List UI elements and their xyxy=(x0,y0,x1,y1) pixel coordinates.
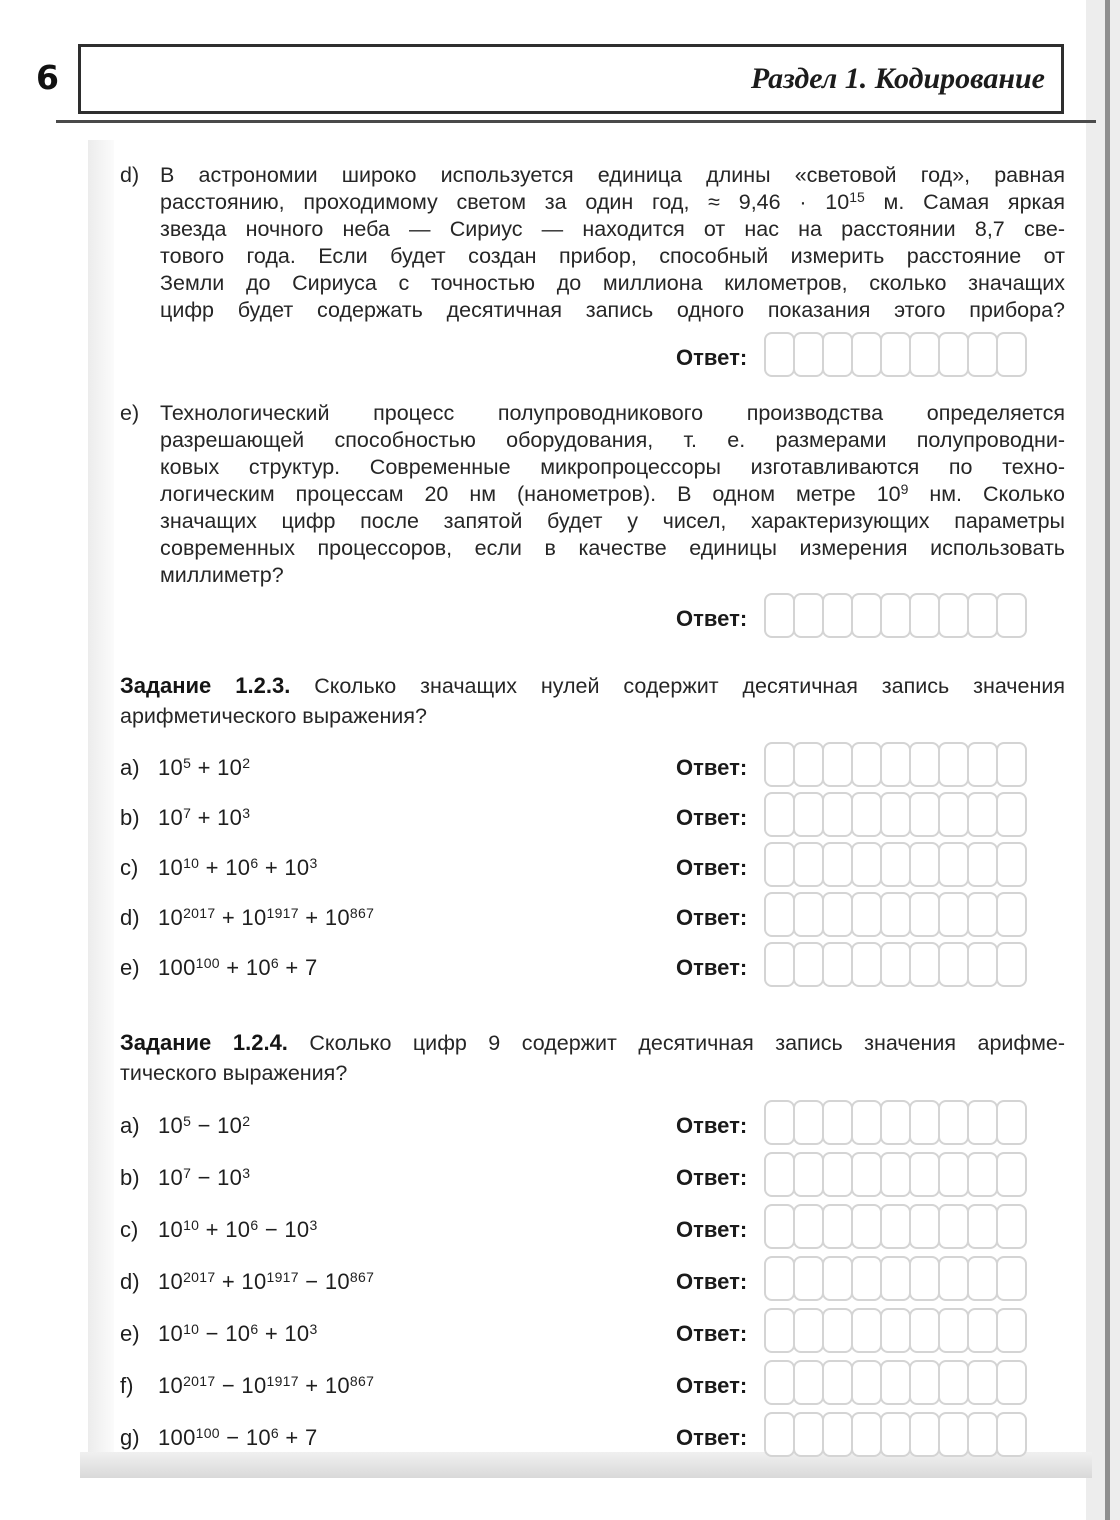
answer-cell xyxy=(996,842,1027,887)
answer-cell xyxy=(967,842,998,887)
answer-cell xyxy=(764,1308,795,1353)
item-expression: 1010 + 106 − 103 xyxy=(158,1217,676,1243)
answer-cell xyxy=(764,1256,795,1301)
item-expression: 100100 + 106 + 7 xyxy=(158,955,676,981)
answer-cells xyxy=(764,942,1025,987)
answer-cell xyxy=(851,1100,882,1145)
item-label: f) xyxy=(120,1373,158,1399)
answer-cell xyxy=(851,1152,882,1197)
answer-label: Ответ: xyxy=(676,606,764,632)
answer-cell xyxy=(764,742,795,787)
problem-d: d) В астрономии широко используется един… xyxy=(120,162,1065,324)
answer-cells xyxy=(764,842,1025,887)
answer-cell xyxy=(851,792,882,837)
answer-cell xyxy=(880,1100,911,1145)
answer-cell xyxy=(938,842,969,887)
answer-cell xyxy=(822,1100,853,1145)
answer-cell xyxy=(880,1256,911,1301)
answer-cell xyxy=(967,742,998,787)
answer-cell xyxy=(909,942,940,987)
item-label: a) xyxy=(120,1113,158,1139)
answer-cell xyxy=(996,942,1027,987)
answer-cell xyxy=(793,942,824,987)
answer-label: Ответ: xyxy=(676,755,764,781)
text-line: расстоянию, проходимому светом за один г… xyxy=(160,189,1065,216)
answer-cell xyxy=(793,1152,824,1197)
scanned-page: 6 Раздел 1. Кодирование d) В астрономии … xyxy=(0,0,1120,1520)
answer-cell xyxy=(822,892,853,937)
answer-cell xyxy=(909,892,940,937)
answer-cell xyxy=(967,892,998,937)
answer-cell xyxy=(967,332,998,377)
answer-cell xyxy=(793,1360,824,1405)
answer-cell xyxy=(822,1256,853,1301)
item-label: b) xyxy=(120,1165,158,1191)
answer-cell xyxy=(938,593,969,638)
answer-cell xyxy=(822,1152,853,1197)
task-item-f: f) 102017 − 101917 + 10867 Ответ: xyxy=(120,1360,1065,1412)
answer-cell xyxy=(764,1204,795,1249)
answer-cell xyxy=(996,1308,1027,1353)
task-124-question: Сколько цифр 9 содержит десятичная запис… xyxy=(309,1031,1065,1055)
answer-cell xyxy=(967,1152,998,1197)
answer-cell xyxy=(764,1100,795,1145)
answer-cell xyxy=(996,1100,1027,1145)
answer-cell xyxy=(851,1256,882,1301)
answer-cell xyxy=(880,1308,911,1353)
answer-cell xyxy=(822,593,853,638)
answer-cell xyxy=(764,1152,795,1197)
answer-cell xyxy=(967,1204,998,1249)
item-expression: 107 + 103 xyxy=(158,805,676,831)
answer-label: Ответ: xyxy=(676,955,764,981)
item-label: g) xyxy=(120,1425,158,1451)
task-item-e: e) 100100 + 106 + 7 Ответ: xyxy=(120,943,1065,993)
item-expression: 107 − 103 xyxy=(158,1165,676,1191)
problem-e: e) Технологический процесс полупроводник… xyxy=(120,400,1065,589)
answer-row-problem-e: Ответ: xyxy=(676,593,1065,645)
answer-cell xyxy=(909,1308,940,1353)
task-124-items: a) 105 − 102 Ответ: b) 107 − 103 Ответ: … xyxy=(120,1100,1065,1464)
answer-cell xyxy=(938,332,969,377)
text-line: Технологический процесс полупроводниково… xyxy=(160,400,1065,427)
answer-cell xyxy=(793,1308,824,1353)
answer-cell xyxy=(880,332,911,377)
answer-cell xyxy=(967,1256,998,1301)
task-124-title: Задание 1.2.4. xyxy=(120,1030,288,1055)
answer-cell xyxy=(880,1360,911,1405)
answer-cell xyxy=(880,792,911,837)
answer-cell xyxy=(880,742,911,787)
section-header: Раздел 1. Кодирование xyxy=(751,47,1045,111)
answer-label: Ответ: xyxy=(676,1321,764,1347)
answer-cell xyxy=(996,593,1027,638)
answer-cell xyxy=(764,792,795,837)
scan-shadow-left xyxy=(88,140,114,1456)
answer-cell xyxy=(967,942,998,987)
answer-cell xyxy=(793,332,824,377)
answer-cell xyxy=(764,892,795,937)
answer-cell xyxy=(793,1204,824,1249)
page-edge-line xyxy=(1105,0,1110,1520)
page-content: d) В астрономии широко используется един… xyxy=(120,162,1065,1464)
task-124-question-line1: Задание 1.2.4. Сколько цифр 9 содержит д… xyxy=(120,1028,1065,1058)
text-line: тового года. Если будет создан прибор, с… xyxy=(160,243,1065,270)
answer-label: Ответ: xyxy=(676,1373,764,1399)
answer-cell xyxy=(938,742,969,787)
item-expression: 102017 + 101917 − 10867 xyxy=(158,1269,676,1295)
answer-cell xyxy=(822,942,853,987)
task-item-b: b) 107 − 103 Ответ: xyxy=(120,1152,1065,1204)
answer-cell xyxy=(793,742,824,787)
task-item-d: d) 102017 + 101917 + 10867 Ответ: xyxy=(120,893,1065,943)
answer-cell xyxy=(909,1100,940,1145)
answer-cell xyxy=(880,842,911,887)
answer-cell xyxy=(851,1204,882,1249)
answer-cell xyxy=(967,792,998,837)
answer-cell xyxy=(967,1360,998,1405)
answer-cell xyxy=(938,892,969,937)
answer-cells xyxy=(764,1256,1025,1301)
answer-cell xyxy=(793,1412,824,1457)
answer-cells xyxy=(764,1204,1025,1249)
answer-cell xyxy=(764,1412,795,1457)
answer-label: Ответ: xyxy=(676,855,764,881)
problem-e-label: e) xyxy=(120,400,139,427)
item-label: b) xyxy=(120,805,158,831)
answer-cell xyxy=(822,792,853,837)
answer-cells xyxy=(764,1308,1025,1353)
answer-cell xyxy=(880,1204,911,1249)
answer-row-problem-d: Ответ: xyxy=(676,332,1065,384)
answer-cell xyxy=(909,1204,940,1249)
text-line: логическим процессам 20 нм (нанометров).… xyxy=(160,481,1065,508)
answer-cell xyxy=(764,332,795,377)
item-label: a) xyxy=(120,755,158,781)
answer-cell xyxy=(938,1152,969,1197)
text-line: Земли до Сириуса с точностью до миллиона… xyxy=(160,270,1065,297)
answer-cells xyxy=(764,1360,1025,1405)
task-item-c: c) 1010 + 106 − 103 Ответ: xyxy=(120,1204,1065,1256)
answer-cell xyxy=(764,942,795,987)
text-line: звезда ночного неба — Сириус — находится… xyxy=(160,216,1065,243)
problem-d-label: d) xyxy=(120,162,139,189)
task-item-b: b) 107 + 103 Ответ: xyxy=(120,793,1065,843)
task-123-question-line2: арифметического выражения? xyxy=(120,701,1065,731)
header-box: Раздел 1. Кодирование xyxy=(78,44,1064,114)
answer-cell xyxy=(909,1152,940,1197)
answer-cell xyxy=(967,593,998,638)
item-label: c) xyxy=(120,855,158,881)
task-item-c: c) 1010 + 106 + 103 Ответ: xyxy=(120,843,1065,893)
answer-cell xyxy=(880,593,911,638)
answer-label: Ответ: xyxy=(676,345,764,371)
answer-cell xyxy=(967,1100,998,1145)
answer-cell xyxy=(793,892,824,937)
answer-cell xyxy=(909,1412,940,1457)
answer-cell xyxy=(880,1152,911,1197)
answer-cell xyxy=(996,892,1027,937)
answer-cell xyxy=(851,1412,882,1457)
task-item-a: a) 105 − 102 Ответ: xyxy=(120,1100,1065,1152)
answer-cells xyxy=(764,892,1025,937)
answer-cell xyxy=(938,1412,969,1457)
scan-shadow-right xyxy=(1086,0,1120,1520)
item-expression: 1010 − 106 + 103 xyxy=(158,1321,676,1347)
answer-cell xyxy=(793,842,824,887)
answer-cell xyxy=(996,792,1027,837)
answer-cell xyxy=(909,1256,940,1301)
answer-cells xyxy=(764,1412,1025,1457)
task-123-heading: Задание 1.2.3. Сколько значащих нулей со… xyxy=(120,671,1065,731)
item-label: e) xyxy=(120,955,158,981)
item-expression: 102017 + 101917 + 10867 xyxy=(158,905,676,931)
answer-label: Ответ: xyxy=(676,1425,764,1451)
page-number: 6 xyxy=(36,58,59,97)
answer-cell xyxy=(938,1204,969,1249)
item-expression: 105 + 102 xyxy=(158,755,676,781)
answer-cell xyxy=(996,1412,1027,1457)
task-123-title: Задание 1.2.3. xyxy=(120,673,290,698)
text-line: современных процессоров, если в качестве… xyxy=(160,535,1065,562)
answer-cells xyxy=(764,593,1025,638)
answer-cell xyxy=(851,1360,882,1405)
answer-cell xyxy=(851,892,882,937)
answer-cell xyxy=(909,332,940,377)
answer-cell xyxy=(938,792,969,837)
task-item-d: d) 102017 + 101917 − 10867 Ответ: xyxy=(120,1256,1065,1308)
answer-cell xyxy=(996,1360,1027,1405)
answer-cells xyxy=(764,792,1025,837)
answer-cell xyxy=(822,1412,853,1457)
answer-cell xyxy=(996,1256,1027,1301)
answer-label: Ответ: xyxy=(676,1113,764,1139)
task-123-items: a) 105 + 102 Ответ: b) 107 + 103 Ответ: … xyxy=(120,743,1065,993)
answer-label: Ответ: xyxy=(676,805,764,831)
answer-cells xyxy=(764,742,1025,787)
answer-cell xyxy=(822,332,853,377)
task-item-g: g) 100100 − 106 + 7 Ответ: xyxy=(120,1412,1065,1464)
answer-cell xyxy=(938,1100,969,1145)
task-123-question: Сколько значащих нулей содержит десятичн… xyxy=(314,674,1065,698)
answer-cell xyxy=(851,332,882,377)
text-line: разрешающей способностью оборудования, т… xyxy=(160,427,1065,454)
answer-cell xyxy=(996,742,1027,787)
item-expression: 102017 − 101917 + 10867 xyxy=(158,1373,676,1399)
answer-cell xyxy=(822,1204,853,1249)
item-label: c) xyxy=(120,1217,158,1243)
answer-cell xyxy=(822,842,853,887)
answer-cell xyxy=(996,1204,1027,1249)
answer-cell xyxy=(938,1308,969,1353)
text-line: цифр будет содержать десятичная запись о… xyxy=(160,297,1065,324)
answer-cell xyxy=(996,1152,1027,1197)
answer-cell xyxy=(851,942,882,987)
answer-cell xyxy=(851,842,882,887)
answer-cell xyxy=(909,593,940,638)
answer-cell xyxy=(909,742,940,787)
answer-cells xyxy=(764,1100,1025,1145)
answer-label: Ответ: xyxy=(676,1165,764,1191)
answer-cell xyxy=(851,742,882,787)
task-item-e: e) 1010 − 106 + 103 Ответ: xyxy=(120,1308,1065,1360)
text-line: ковых структур. Современные микропроцесс… xyxy=(160,454,1065,481)
answer-cell xyxy=(793,792,824,837)
answer-cell xyxy=(793,593,824,638)
answer-cell xyxy=(880,1412,911,1457)
text-line: В астрономии широко используется единица… xyxy=(160,162,1065,189)
answer-cell xyxy=(880,942,911,987)
answer-cell xyxy=(793,1100,824,1145)
item-label: d) xyxy=(120,905,158,931)
answer-cell xyxy=(822,742,853,787)
answer-cell xyxy=(880,892,911,937)
answer-cell xyxy=(851,593,882,638)
answer-cell xyxy=(764,593,795,638)
task-123-question-line1: Задание 1.2.3. Сколько значащих нулей со… xyxy=(120,671,1065,701)
answer-cell xyxy=(909,1360,940,1405)
answer-cell xyxy=(764,1360,795,1405)
text-line: значащих цифр после запятой будет у чисе… xyxy=(160,508,1065,535)
answer-cells xyxy=(764,332,1025,377)
answer-cells xyxy=(764,1152,1025,1197)
answer-cell xyxy=(822,1308,853,1353)
answer-cell xyxy=(967,1308,998,1353)
header-rule xyxy=(56,120,1096,123)
item-label: e) xyxy=(120,1321,158,1347)
answer-cell xyxy=(822,1360,853,1405)
task-item-a: a) 105 + 102 Ответ: xyxy=(120,743,1065,793)
item-expression: 100100 − 106 + 7 xyxy=(158,1425,676,1451)
answer-cell xyxy=(996,332,1027,377)
item-label: d) xyxy=(120,1269,158,1295)
answer-cell xyxy=(909,842,940,887)
answer-label: Ответ: xyxy=(676,905,764,931)
item-expression: 105 − 102 xyxy=(158,1113,676,1139)
answer-cell xyxy=(793,1256,824,1301)
answer-label: Ответ: xyxy=(676,1269,764,1295)
answer-cell xyxy=(938,1256,969,1301)
answer-cell xyxy=(764,842,795,887)
text-line: миллиметр? xyxy=(160,562,1065,589)
answer-cell xyxy=(851,1308,882,1353)
answer-label: Ответ: xyxy=(676,1217,764,1243)
answer-cell xyxy=(938,1360,969,1405)
task-124-heading: Задание 1.2.4. Сколько цифр 9 содержит д… xyxy=(120,1028,1065,1088)
answer-cell xyxy=(909,792,940,837)
answer-cell xyxy=(967,1412,998,1457)
item-expression: 1010 + 106 + 103 xyxy=(158,855,676,881)
answer-cell xyxy=(938,942,969,987)
task-124-question-line2: тического выражения? xyxy=(120,1058,1065,1088)
